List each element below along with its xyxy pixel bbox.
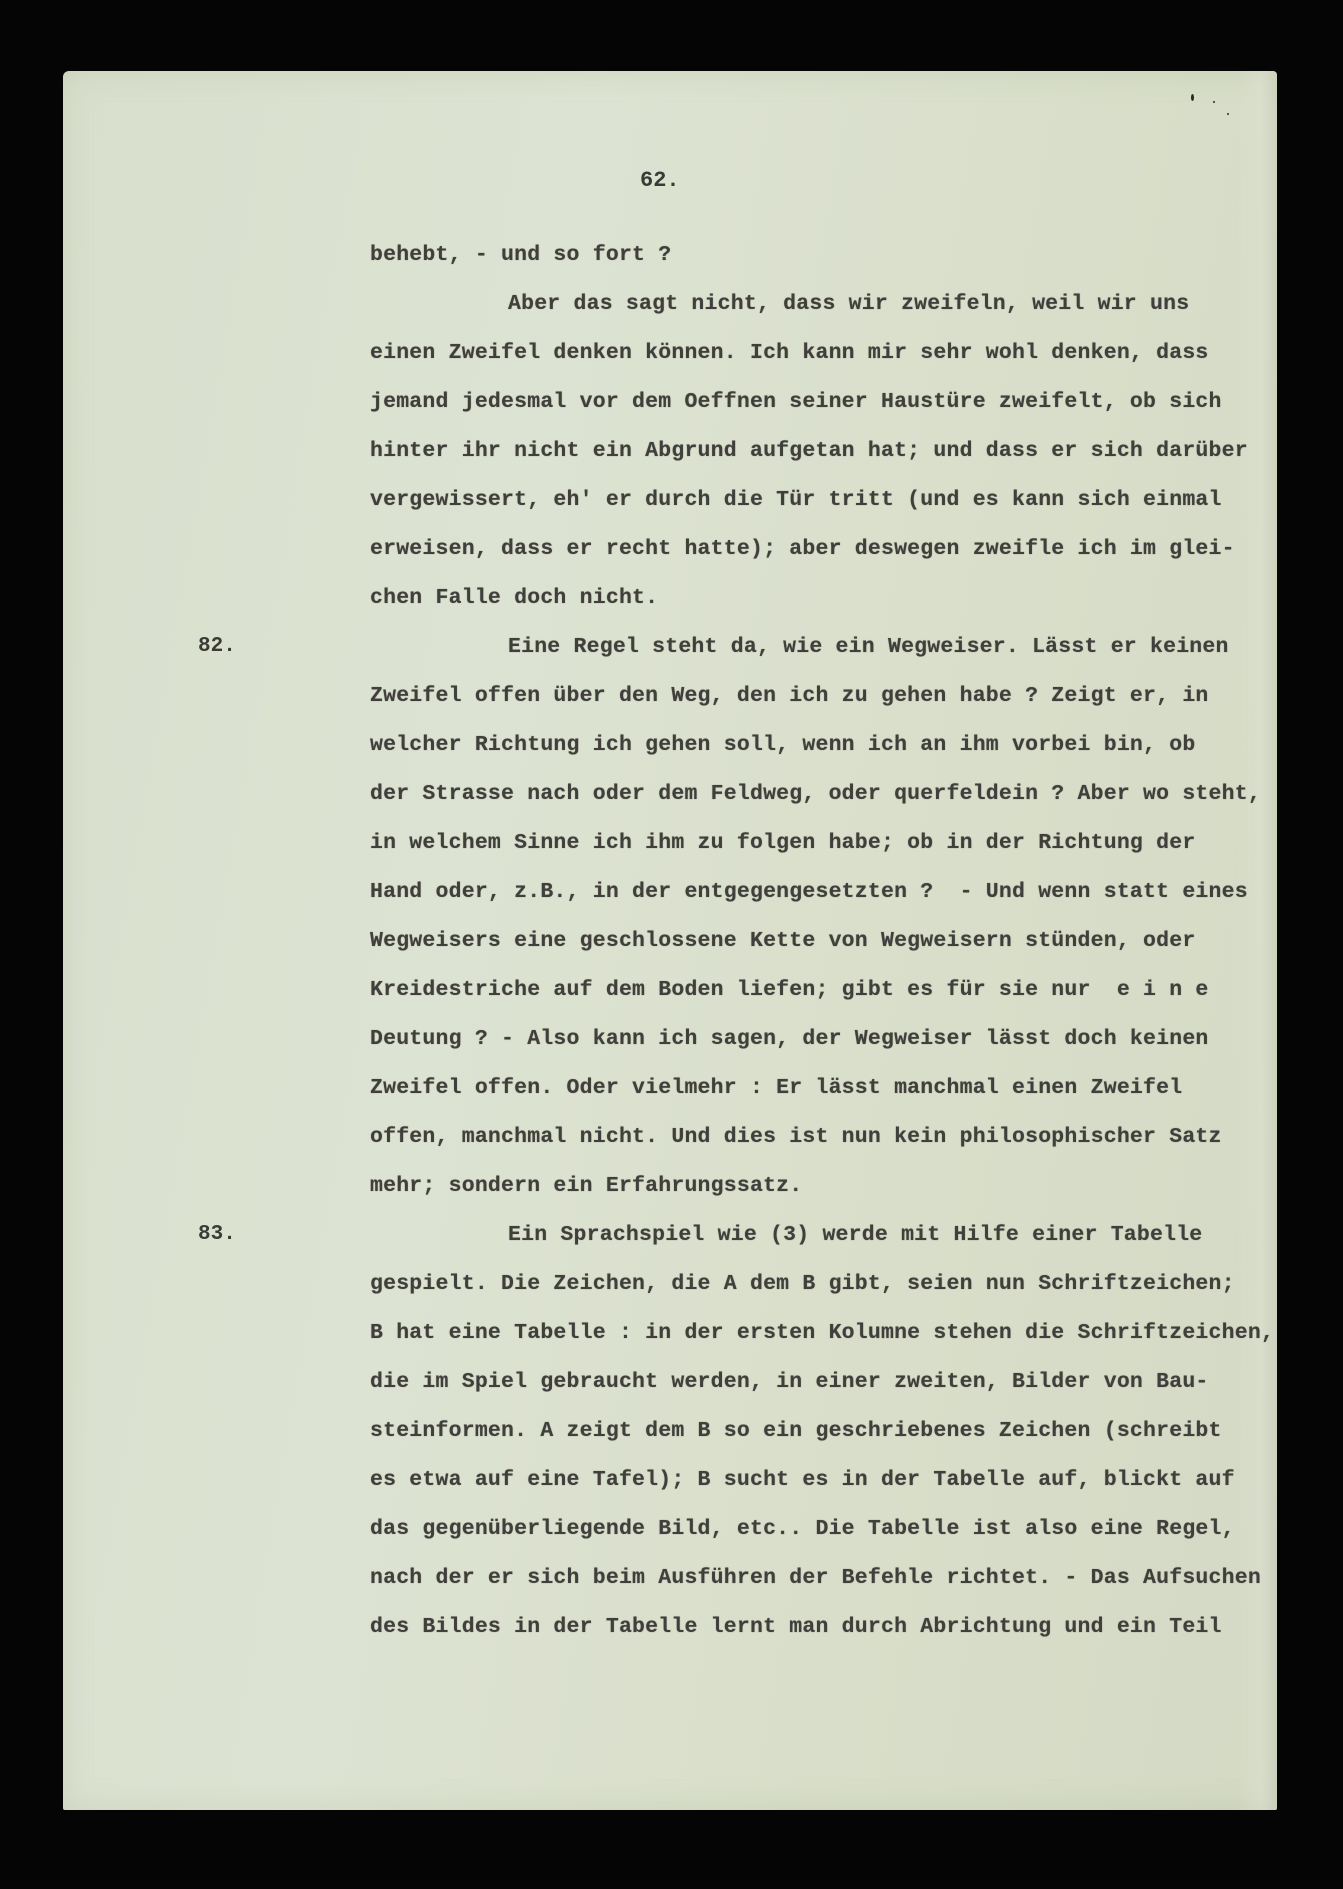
text-line: Zweifel offen. Oder vielmehr : Er lässt …	[370, 1076, 1182, 1100]
page-number: 62.	[640, 168, 680, 193]
text-line: Kreidestriche auf dem Boden liefen; gibt…	[370, 978, 1209, 1002]
section-number-83: 83.	[198, 1223, 236, 1246]
text-line: chen Falle doch nicht.	[370, 586, 658, 610]
text-line: Aber das sagt nicht, dass wir zweifeln, …	[508, 292, 1189, 316]
paper-speck	[1213, 101, 1215, 103]
text-line: es etwa auf eine Tafel); B sucht es in d…	[370, 1468, 1235, 1492]
text-line: offen, manchmal nicht. Und dies ist nun …	[370, 1125, 1222, 1149]
text-line: Wegweisers eine geschlossene Kette von W…	[370, 929, 1195, 953]
paper-speck	[1227, 113, 1229, 115]
text-line: der Strasse nach oder dem Feldweg, oder …	[370, 782, 1261, 806]
text-line: in welchem Sinne ich ihm zu folgen habe;…	[370, 831, 1195, 855]
text-line: erweisen, dass er recht hatte); aber des…	[370, 537, 1235, 561]
text-line: Eine Regel steht da, wie ein Wegweiser. …	[508, 635, 1229, 659]
text-line: steinformen. A zeigt dem B so ein geschr…	[370, 1419, 1222, 1443]
text-line: jemand jedesmal vor dem Oeffnen seiner H…	[370, 390, 1222, 414]
paper-speck	[1191, 94, 1194, 101]
text-line: die im Spiel gebraucht werden, in einer …	[370, 1370, 1209, 1394]
text-line: nach der er sich beim Ausführen der Befe…	[370, 1566, 1261, 1590]
text-line: das gegenüberliegende Bild, etc.. Die Ta…	[370, 1517, 1235, 1541]
text-line: des Bildes in der Tabelle lernt man durc…	[370, 1615, 1222, 1639]
text-line: hinter ihr nicht ein Abgrund aufgetan ha…	[370, 439, 1248, 463]
text-line: Hand oder, z.B., in der entgegengesetzte…	[370, 880, 1248, 904]
text-line: welcher Richtung ich gehen soll, wenn ic…	[370, 733, 1195, 757]
text-line: Ein Sprachspiel wie (3) werde mit Hilfe …	[508, 1223, 1202, 1247]
text-line: vergewissert, eh' er durch die Tür tritt…	[370, 488, 1222, 512]
text-line: einen Zweifel denken können. Ich kann mi…	[370, 341, 1209, 365]
text-line: Deutung ? - Also kann ich sagen, der Weg…	[370, 1027, 1209, 1051]
text-line: mehr; sondern ein Erfahrungssatz.	[370, 1174, 802, 1198]
text-line: Zweifel offen über den Weg, den ich zu g…	[370, 684, 1209, 708]
text-line: gespielt. Die Zeichen, die A dem B gibt,…	[370, 1272, 1235, 1296]
section-number-82: 82.	[198, 635, 236, 658]
text-line: behebt, - und so fort ?	[370, 243, 671, 267]
text-line: B hat eine Tabelle : in der ersten Kolum…	[370, 1321, 1274, 1345]
